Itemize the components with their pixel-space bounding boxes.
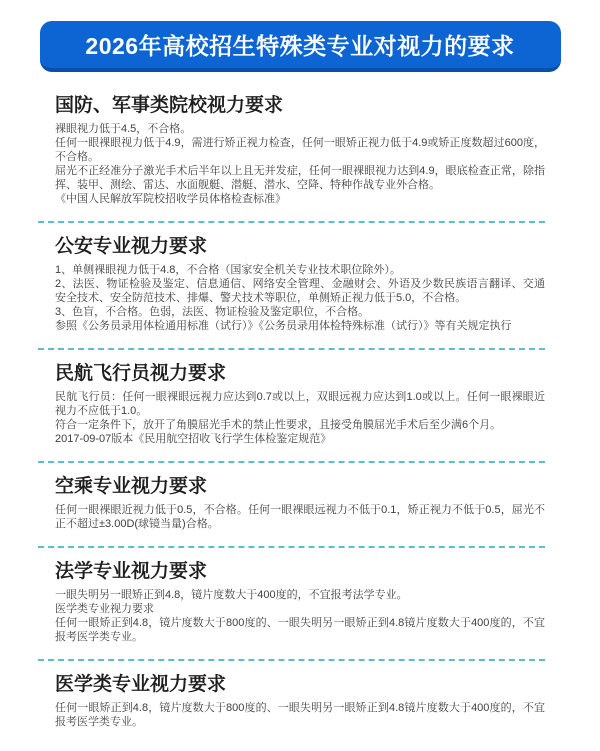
section-heading: 法学专业视力要求 xyxy=(55,561,545,583)
section-heading: 医学类专业视力要求 xyxy=(55,674,545,696)
requirements-content: 国防、军事类院校视力要求 裸眼视力低于4.5，不合格。任何一眼裸眼视力低于4.9… xyxy=(55,95,545,729)
section-paragraph: 屈光不正经准分子激光手术后半年以上且无并发症，任何一眼裸眼视力达到4.9，眼底检… xyxy=(55,164,545,192)
requirement-section: 医学类专业视力要求 任何一眼矫正到4.8，镜片度数大于800度的、一眼失明另一眼… xyxy=(55,674,545,729)
section-paragraph: 参照《公务员录用体检通用标准（试行）》《公务员录用体检特殊标准（试行）》等有关规… xyxy=(55,319,545,333)
section-paragraph: 医学类专业视力要求 xyxy=(55,602,545,616)
section-body: 任何一眼裸眼近视力低于0.5，不合格。任何一眼裸眼远视力不低于0.1，矫正视力不… xyxy=(55,503,545,531)
section-paragraph: 2、法医、物证检验及鉴定、信息通信、网络安全管理、金融财会、外语及少数民族语言翻… xyxy=(55,277,545,305)
section-heading: 国防、军事类院校视力要求 xyxy=(55,95,545,117)
section-paragraph: 《中国人民解放军院校招收学员体格检查标准》 xyxy=(55,192,545,206)
requirement-section: 公安专业视力要求 1、单侧裸眼视力低于4.8，不合格（国家安全机关专业技术职位除… xyxy=(55,236,545,333)
requirement-section: 国防、军事类院校视力要求 裸眼视力低于4.5，不合格。任何一眼裸眼视力低于4.9… xyxy=(55,95,545,206)
section-body: 一眼失明另一眼矫正到4.8，镜片度数大于400度的，不宜报考法学专业。医学类专业… xyxy=(55,588,545,644)
requirement-section: 法学专业视力要求 一眼失明另一眼矫正到4.8，镜片度数大于400度的，不宜报考法… xyxy=(55,561,545,644)
section-divider xyxy=(38,659,545,661)
requirement-section: 民航飞行员视力要求 民航飞行员：任何一眼裸眼远视力应达到0.7或以上，双眼远视力… xyxy=(55,363,545,446)
section-paragraph: 任何一眼矫正到4.8，镜片度数大于800度的、一眼失明另一眼矫正到4.8镜片度数… xyxy=(55,616,545,644)
section-body: 1、单侧裸眼视力低于4.8，不合格（国家安全机关专业技术职位除外）。2、法医、物… xyxy=(55,263,545,333)
section-paragraph: 任何一眼裸眼近视力低于0.5，不合格。任何一眼裸眼远视力不低于0.1，矫正视力不… xyxy=(55,503,545,531)
section-paragraph: 任何一眼矫正到4.8，镜片度数大于800度的、一眼失明另一眼矫正到4.8镜片度数… xyxy=(55,701,545,729)
section-paragraph: 任何一眼裸眼视力低于4.9，需进行矫正视力检查，任何一眼矫正视力低于4.9或矫正… xyxy=(55,136,545,164)
section-heading: 民航飞行员视力要求 xyxy=(55,363,545,385)
section-divider xyxy=(38,348,545,350)
section-heading: 空乘专业视力要求 xyxy=(55,476,545,498)
section-paragraph: 符合一定条件下，放开了角膜屈光手术的禁止性要求，且接受角膜屈光手术后至少满6个月… xyxy=(55,418,545,432)
section-paragraph: 3、色盲，不合格。色弱，法医、物证检验及鉴定职位，不合格。 xyxy=(55,305,545,319)
page-title: 2026年高校招生特殊类专业对视力的要求 xyxy=(85,28,514,61)
section-paragraph: 1、单侧裸眼视力低于4.8，不合格（国家安全机关专业技术职位除外）。 xyxy=(55,263,545,277)
section-paragraph: 2017-09-07版本《民用航空招收飞行学生体检鉴定规范》 xyxy=(55,432,545,446)
section-body: 裸眼视力低于4.5，不合格。任何一眼裸眼视力低于4.9，需进行矫正视力检查，任何… xyxy=(55,122,545,206)
section-heading: 公安专业视力要求 xyxy=(55,236,545,258)
section-divider xyxy=(38,546,545,548)
section-paragraph: 裸眼视力低于4.5，不合格。 xyxy=(55,122,545,136)
section-paragraph: 民航飞行员：任何一眼裸眼远视力应达到0.7或以上，双眼远视力应达到1.0或以上。… xyxy=(55,390,545,418)
section-paragraph: 一眼失明另一眼矫正到4.8，镜片度数大于400度的，不宜报考法学专业。 xyxy=(55,588,545,602)
section-divider xyxy=(38,221,545,223)
section-body: 任何一眼矫正到4.8，镜片度数大于800度的、一眼失明另一眼矫正到4.8镜片度数… xyxy=(55,701,545,729)
section-body: 民航飞行员：任何一眼裸眼远视力应达到0.7或以上，双眼远视力应达到1.0或以上。… xyxy=(55,390,545,446)
section-divider xyxy=(38,461,545,463)
page-title-banner: 2026年高校招生特殊类专业对视力的要求 xyxy=(40,21,561,72)
requirement-section: 空乘专业视力要求 任何一眼裸眼近视力低于0.5，不合格。任何一眼裸眼远视力不低于… xyxy=(55,476,545,531)
